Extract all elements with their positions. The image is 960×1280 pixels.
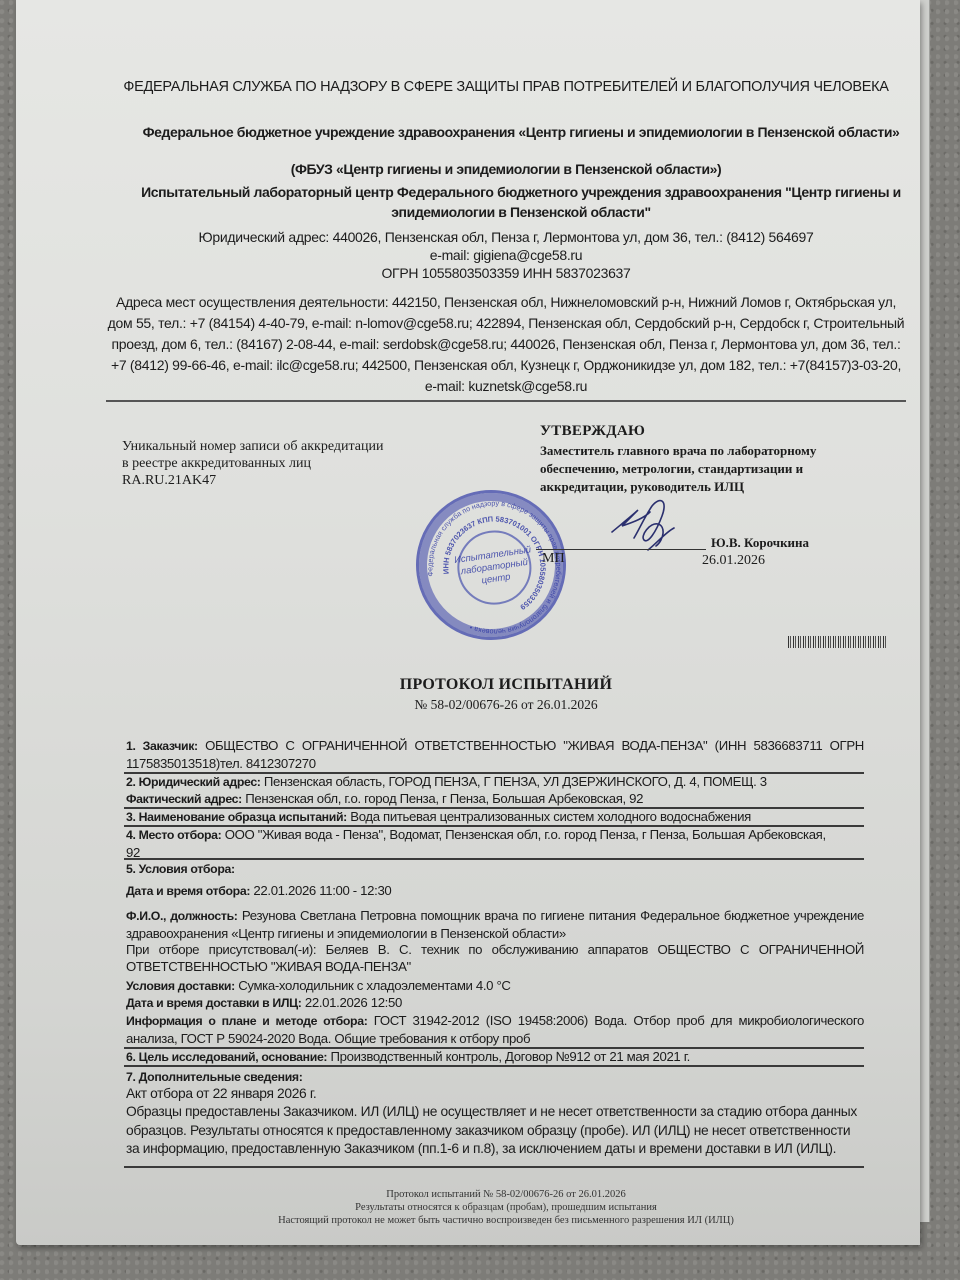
legal-address-value: Пензенская область, ГОРОД ПЕНЗА, Г ПЕНЗА… (264, 774, 767, 789)
footer-reproduction-note: Настоящий протокол не может быть частичн… (106, 1214, 906, 1227)
header-divider (106, 400, 906, 402)
signature-line (536, 549, 706, 550)
section-divider (124, 1065, 864, 1067)
org-registration: ОГРН 1055803503359 ИНН 5837023637 (106, 264, 906, 282)
accreditation-line-1: Уникальный номер записи об аккредитации (122, 438, 383, 455)
section-sampling-method: Информация о плане и методе отбора: ГОСТ… (126, 1012, 864, 1047)
section-sampling-place: 4. Место отбора: ООО "Живая вода - Пенза… (126, 826, 826, 861)
page-footer: Протокол испытаний № 58-02/00676-26 от 2… (106, 1188, 906, 1227)
section-sampling-conditions: 5. Условия отбора: (126, 860, 864, 878)
actual-address-value: Пензенская обл, г.о. город Пенза, г Пенз… (245, 791, 643, 806)
customer-label: 1. Заказчик: (126, 739, 198, 753)
section-delivery-conditions: Условия доставки: Сумка-холодильник с хл… (126, 977, 864, 995)
sampling-datetime-value: 22.01.2026 11:00 - 12:30 (253, 883, 391, 898)
purpose-label: 6. Цель исследований, основание: (126, 1050, 327, 1064)
activity-sites: Адреса мест осуществления деятельности: … (106, 292, 906, 397)
delivery-conditions-value: Сумка-холодильник с хладоэлементами 4.0 … (238, 978, 510, 993)
delivery-datetime-label: Дата и время доставки в ИЛЦ: (126, 996, 302, 1010)
section-additional: 7. Дополнительные сведения: (126, 1068, 864, 1086)
approver-position: Заместитель главного врача по лабораторн… (540, 442, 880, 496)
section-sample-name: 3. Наименование образца испытаний: Вода … (126, 808, 864, 826)
laboratory-name: Испытательный лабораторный центр Федерал… (136, 182, 906, 222)
legal-address-label: 2. Юридический адрес: (126, 775, 261, 789)
legal-address-block: Юридический адрес: 440026, Пензенская об… (106, 228, 906, 282)
delivery-datetime-value: 22.01.2026 12:50 (305, 995, 402, 1010)
section-sampling-present: При отборе присутствовал(-и): Беляев В. … (126, 941, 864, 975)
section-legal-address: 2. Юридический адрес: Пензенская область… (126, 773, 864, 791)
accreditation-line-2: в реестре аккредитованных лиц (122, 455, 383, 472)
document-number: № 58-02/00676-26 от 26.01.2026 (106, 697, 906, 713)
section-divider (124, 1166, 864, 1168)
customer-value: ОБЩЕСТВО С ОГРАНИЧЕННОЙ ОТВЕТСТВЕННОСТЬЮ… (126, 738, 864, 771)
document-title: ПРОТОКОЛ ИСПЫТАНИЙ (106, 676, 906, 694)
signature-icon (604, 492, 694, 562)
approval-date: 26.01.2026 (702, 553, 765, 569)
sampling-method-label: Информация о плане и методе отбора: (126, 1014, 367, 1028)
sampling-conditions-label: 5. Условия отбора: (126, 862, 235, 876)
document-page: ФЕДЕРАЛЬНАЯ СЛУЖБА ПО НАДЗОРУ В СФЕРЕ ЗА… (16, 0, 920, 1245)
signer-name: Ю.В. Корочкина (711, 535, 809, 551)
sampling-place-label: 4. Место отбора: (126, 828, 221, 842)
sample-name-value: Вода питьевая централизованных систем хо… (350, 809, 751, 824)
accreditation-number: RA.RU.21AK47 (122, 472, 383, 489)
section-sampling-datetime: Дата и время отбора: 22.01.2026 11:00 - … (126, 882, 864, 900)
approval-title: УТВЕРЖДАЮ (540, 422, 880, 440)
section-customer: 1. Заказчик: ОБЩЕСТВО С ОГРАНИЧЕННОЙ ОТВ… (126, 737, 864, 772)
seal-mark-label: МП (542, 551, 565, 567)
section-sampler: Ф.И.О., должность: Резунова Светлана Пет… (126, 907, 864, 942)
legal-address: Юридический адрес: 440026, Пензенская об… (106, 228, 906, 246)
sampling-present-value: При отборе присутствовал(-и): Беляев В. … (126, 942, 864, 974)
barcode-icon (788, 636, 888, 648)
purpose-value: Производственный контроль, Договор №912 … (331, 1049, 690, 1064)
section-actual-address: Фактический адрес: Пензенская обл, г.о. … (126, 790, 864, 808)
organization-short-name: (ФБУЗ «Центр гигиены и эпидемиологии в П… (106, 160, 906, 179)
footer-results-note: Результаты относятся к образцам (пробам)… (106, 1201, 906, 1214)
delivery-conditions-label: Условия доставки: (126, 979, 235, 993)
sampling-place-value: ООО "Живая вода - Пенза", Водомат, Пензе… (126, 827, 826, 860)
agency-name: ФЕДЕРАЛЬНАЯ СЛУЖБА ПО НАДЗОРУ В СФЕРЕ ЗА… (106, 78, 906, 97)
sampler-label: Ф.И.О., должность: (126, 909, 238, 923)
approval-block: УТВЕРЖДАЮ Заместитель главного врача по … (540, 422, 880, 496)
accreditation-block: Уникальный номер записи об аккредитации … (122, 438, 383, 489)
footer-protocol-ref: Протокол испытаний № 58-02/00676-26 от 2… (106, 1188, 906, 1201)
organization-name: Федеральное бюджетное учреждение здравоо… (136, 122, 906, 142)
additional-note: Образцы предоставлены Заказчиком. ИЛ (ИЛ… (126, 1103, 864, 1159)
org-email: e-mail: gigiena@cge58.ru (106, 246, 906, 264)
sample-name-label: 3. Наименование образца испытаний: (126, 810, 347, 824)
additional-label: 7. Дополнительные сведения: (126, 1070, 302, 1084)
section-purpose: 6. Цель исследований, основание: Произво… (126, 1048, 864, 1066)
section-delivery-datetime: Дата и время доставки в ИЛЦ: 22.01.2026 … (126, 994, 864, 1012)
sampling-act: Акт отбора от 22 января 2026 г. (126, 1085, 864, 1103)
actual-address-label: Фактический адрес: (126, 792, 242, 806)
sampling-datetime-label: Дата и время отбора: (126, 884, 250, 898)
